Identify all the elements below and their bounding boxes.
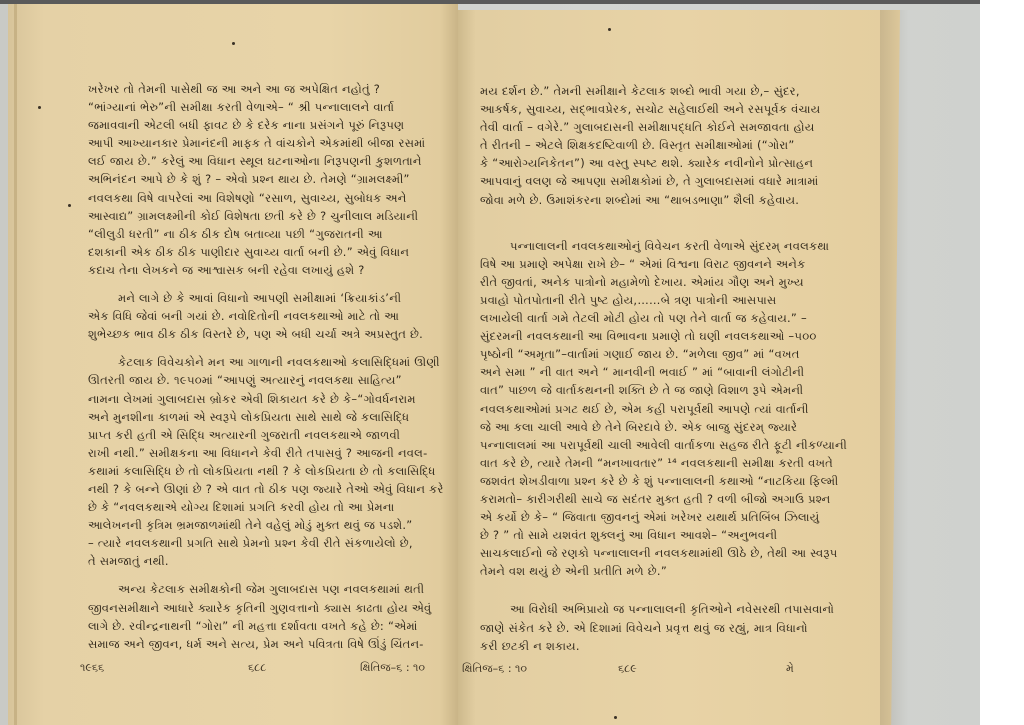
paper-speck bbox=[38, 106, 41, 109]
right-page: મય દર્શન છે.” તેમની સમીક્ષાને કેટલાક શબ્… bbox=[458, 10, 900, 725]
text-line: જમાવવાની એટલી બધી ફાવટ છે કે દરેક નાના પ… bbox=[88, 116, 460, 134]
page-number: ૬૮૯ bbox=[618, 662, 637, 676]
journal-issue: ક્ષિતિજ–૬ : ૧૦ bbox=[360, 661, 425, 675]
text-line: એ કર્યો છે કે– “ જિવાતા જીવનનું એમાં ખરે… bbox=[480, 508, 850, 526]
text-line: અભિનંદન આપે છે કે શું ? – એવો પ્રશ્ન થાય… bbox=[88, 170, 460, 188]
text-line: એક વિધિ જેવાં બની ગયાં છે. નવોદિતોની નવલ… bbox=[88, 307, 460, 325]
text-line: કદાચ તેના લેખકને જ આશ્વાસક બની રહેવા લખા… bbox=[88, 261, 460, 279]
text-line: વાત કરે છે, ત્યારે તેમની “મનખાવતાર” ¹⁴ ન… bbox=[480, 454, 850, 472]
text-line: નથી ? કે બન્ને ઊણાં છે ? એ વાત તો ઠીક પણ… bbox=[88, 480, 460, 498]
paragraph: કેટલાક વિવેચકોને મન આ ગાળાની નવલકથાઓ કલા… bbox=[88, 353, 460, 570]
text-line: વાત” પાછળ જે વાર્તાકથનની શક્તિ છે તે જ જ… bbox=[480, 381, 850, 399]
paragraph: ખરેખર તો તેમની પાસેથી જ આ અને આ જ અપેક્ષ… bbox=[88, 80, 460, 279]
text-line: લખાયેલી વાર્તા ગમે તેટલી મોટી હોય તો પણ … bbox=[480, 309, 850, 327]
text-line: પૃષ્ઠોની “અમૃતા”–વાર્તામાં ગણાઈ જાય છે. … bbox=[480, 345, 850, 363]
text-line: આસ્વાદ્ય” ગ્રામલક્ષ્મીની કોઈ વિશેષતા છતી… bbox=[88, 207, 460, 225]
text-line: લઈ જાય છે.” કરેલું આ વિધાન સ્થૂલ ઘટનાઓના… bbox=[88, 152, 460, 170]
paragraph: પન્નાલાલની નવલકથાઓનું વિવેચન કરતી વેળાએ … bbox=[480, 237, 850, 581]
text-line: રાખી નથી.” સમીક્ષકના આ વિધાનને કેવી રીતે… bbox=[88, 444, 460, 462]
text-line: સમાજ અને જીવન, ધર્મ અને સત્ય, પ્રેમ અને … bbox=[88, 635, 460, 653]
text-line: શુભેચ્છક ભાવ ઠીક ઠીક વિસ્તરે છે, પણ એ બધ… bbox=[88, 325, 460, 343]
text-line: તે રીતની – એટલે શિક્ષકદષ્ટિવાળી છે. વિસ્… bbox=[480, 136, 850, 154]
paper-speck bbox=[614, 716, 617, 719]
paragraph: અન્ય કેટલાક સમીક્ષકોની જેમ ગુલાબદાસ પણ ન… bbox=[88, 580, 460, 652]
text-line: અન્ય કેટલાક સમીક્ષકોની જેમ ગુલાબદાસ પણ ન… bbox=[88, 580, 460, 598]
text-line: આપવાનું વલણ જે આપણા સમીક્ષકોમાં છે, તે ગ… bbox=[480, 172, 850, 190]
text-line: કરામતો– કારીગરીથી સાચે જ સદંતર મુક્ત હતી… bbox=[480, 490, 850, 508]
text-line: જાણે સંકેત કરે છે. એ દિશામાં વિવેચને પ્ર… bbox=[480, 619, 850, 637]
text-line: સુંદરમની નવલકથાની આ વિભાવના પ્રમાણે તો ઘ… bbox=[480, 327, 850, 345]
paper-speck bbox=[608, 28, 611, 31]
left-page: ખરેખર તો તેમની પાસેથી જ આ અને આ જ અપેક્ષ… bbox=[8, 4, 458, 725]
text-line: તેમને વશ થયું છે એની પ્રતીતિ મળે છે.” bbox=[480, 562, 850, 580]
text-line: અને મુનશીના કાળમાં એ સ્વરૂપે લોકપ્રિયતા … bbox=[88, 408, 460, 426]
text-line: છે કે “નવલકથાએ યોગ્ય દિશામાં પ્રગતિ કરવી… bbox=[88, 498, 460, 516]
left-page-body: ખરેખર તો તેમની પાસેથી જ આ અને આ જ અપેક્ષ… bbox=[88, 80, 460, 653]
text-line: “લીલુડી ધરતી” ના ઠીક ઠીક દોષ બતાવ્યા પછી… bbox=[88, 225, 460, 243]
paragraph: મય દર્શન છે.” તેમની સમીક્ષાને કેટલાક શબ્… bbox=[480, 82, 850, 209]
text-line: રીતે જીવતાં, અનેક પાત્રોનો મહામેળો દેખાય… bbox=[480, 273, 850, 291]
text-line: અને સમા ” ની વાત અને “ માનવીની ભવાઈ ” મા… bbox=[480, 363, 850, 381]
text-line: મને લાગે છે કે આવાં વિધાનો આપણી સમીક્ષામ… bbox=[88, 289, 460, 307]
paper-speck bbox=[68, 204, 71, 207]
paragraph: મને લાગે છે કે આવાં વિધાનો આપણી સમીક્ષામ… bbox=[88, 289, 460, 343]
text-line: લાગે છે. રવીન્દ્રનાથની “ગોરા” ની મહત્તા … bbox=[88, 617, 460, 635]
text-line: “ભાંગ્યાનાં ભેરુ”ની સમીક્ષા કરતી વેળાએ– … bbox=[88, 98, 460, 116]
text-line: કેટલાક વિવેચકોને મન આ ગાળાની નવલકથાઓ કલા… bbox=[88, 353, 460, 371]
paper-speck bbox=[232, 42, 235, 45]
text-line: જોવા મળે છે. ઉમાશંકરના શબ્દોમાં આ “થાબડભ… bbox=[480, 191, 850, 209]
text-line: સાચકલાઈનો જે રણકો પન્નાલાલની નવલકથામાંથી… bbox=[480, 544, 850, 562]
text-line: પન્નાલાલમાં આ પરાપૂર્વથી ચાલી આવેલી વાર્… bbox=[480, 436, 850, 454]
text-line: કરી છટકી ન શકાય. bbox=[480, 637, 850, 655]
page-edge-fold bbox=[14, 4, 17, 725]
text-line: ખરેખર તો તેમની પાસેથી જ આ અને આ જ અપેક્ષ… bbox=[88, 80, 460, 98]
page-footer-right: મે bbox=[786, 662, 794, 676]
text-line: મય દર્શન છે.” તેમની સમીક્ષાને કેટલાક શબ્… bbox=[480, 82, 850, 100]
text-line: તેવી વાર્તા – વગેરે.” ગુલાબદાસની સમીક્ષા… bbox=[480, 118, 850, 136]
text-line: નવલકથાઓમાં પ્રગટ થઈ છે, એમ કહી પરાપૂર્વથ… bbox=[480, 400, 850, 418]
journal-issue: ક્ષિતિજ–૬ : ૧૦ bbox=[462, 662, 527, 676]
text-line: જીવનસમીક્ષાને આધારે ક્યારેક કૃતિની ગુણવત… bbox=[88, 599, 460, 617]
text-line: નવલકથા વિષે વાપરેલાં આ વિશેષણો “રસાળ, સુ… bbox=[88, 189, 460, 207]
text-line: – ત્યારે નવલકથાની પ્રગતિ સાથે પ્રેમનો પ્… bbox=[88, 534, 460, 552]
text-line: પ્રવાહો પોતપોતાની રીતે પુષ્ટ હોય,……બે ત્… bbox=[480, 291, 850, 309]
text-line: કથામાં કલાસિદ્ધિ છે તો લોકપ્રિયતા નથી ? … bbox=[88, 462, 460, 480]
text-line: ઊતરતી જાય છે. ૧૯૫૦માં “આપણું અત્યારનું ન… bbox=[88, 371, 460, 389]
page-edge-shadow bbox=[880, 10, 908, 725]
text-line: જશવંત શેખડીવાળા પ્રશ્ન કરે છે કે શું પન્… bbox=[480, 472, 850, 490]
text-line: આલેખનની કૃત્રિમ ભ્રમજાળમાંથી તેને વહેલું… bbox=[88, 516, 460, 534]
text-line: દશકાની એક ઠીક ઠીક પાણીદાર સુવાચ્ય વાર્તા… bbox=[88, 243, 460, 261]
text-line: પ્રાપ્ત કરી હતી એ સિદ્ધિ અત્યારની ગુજરાત… bbox=[88, 426, 460, 444]
text-line: છે ? ” તો સામે યશવંત શુક્લનું આ વિધાન આવ… bbox=[480, 526, 850, 544]
page-number: ૬૮૮ bbox=[248, 661, 266, 675]
text-line: વિષે આ પ્રમાણે અપેક્ષા રાખે છે– “ એમાં વ… bbox=[480, 255, 850, 273]
text-line: પન્નાલાલની નવલકથાઓનું વિવેચન કરતી વેળાએ … bbox=[480, 237, 850, 255]
page-footer-left: ૧૯૬૬ bbox=[80, 661, 104, 675]
right-page-body: મય દર્શન છે.” તેમની સમીક્ષાને કેટલાક શબ્… bbox=[480, 82, 850, 655]
text-line: આકર્ષક, સુવાચ્ય, સદ્ભાવપ્રેરક, સચોટ સહેલ… bbox=[480, 100, 850, 118]
text-line: કે “આરોગ્યનિકેતન”) આ વસ્તુ સ્પષ્ટ થશે. ક… bbox=[480, 154, 850, 172]
paragraph: આ વિરોધી અભિપ્રાયો જ પન્નાલાલની કૃતિઓને … bbox=[480, 600, 850, 654]
text-line: નામના લેખમાં ગુલાબદાસ બ્રોકર એવી શિકાયત … bbox=[88, 390, 460, 408]
text-line: આ વિરોધી અભિપ્રાયો જ પન્નાલાલની કૃતિઓને … bbox=[480, 600, 850, 618]
text-line: જે આ કલા ચાલી આવે છે તેને બિરદાવે છે. એક… bbox=[480, 418, 850, 436]
text-line: તે સમજાતું નથી. bbox=[88, 552, 460, 570]
text-line: આપી આખ્યાનકાર પ્રેમાનંદની માફક તે વાંચકો… bbox=[88, 134, 460, 152]
